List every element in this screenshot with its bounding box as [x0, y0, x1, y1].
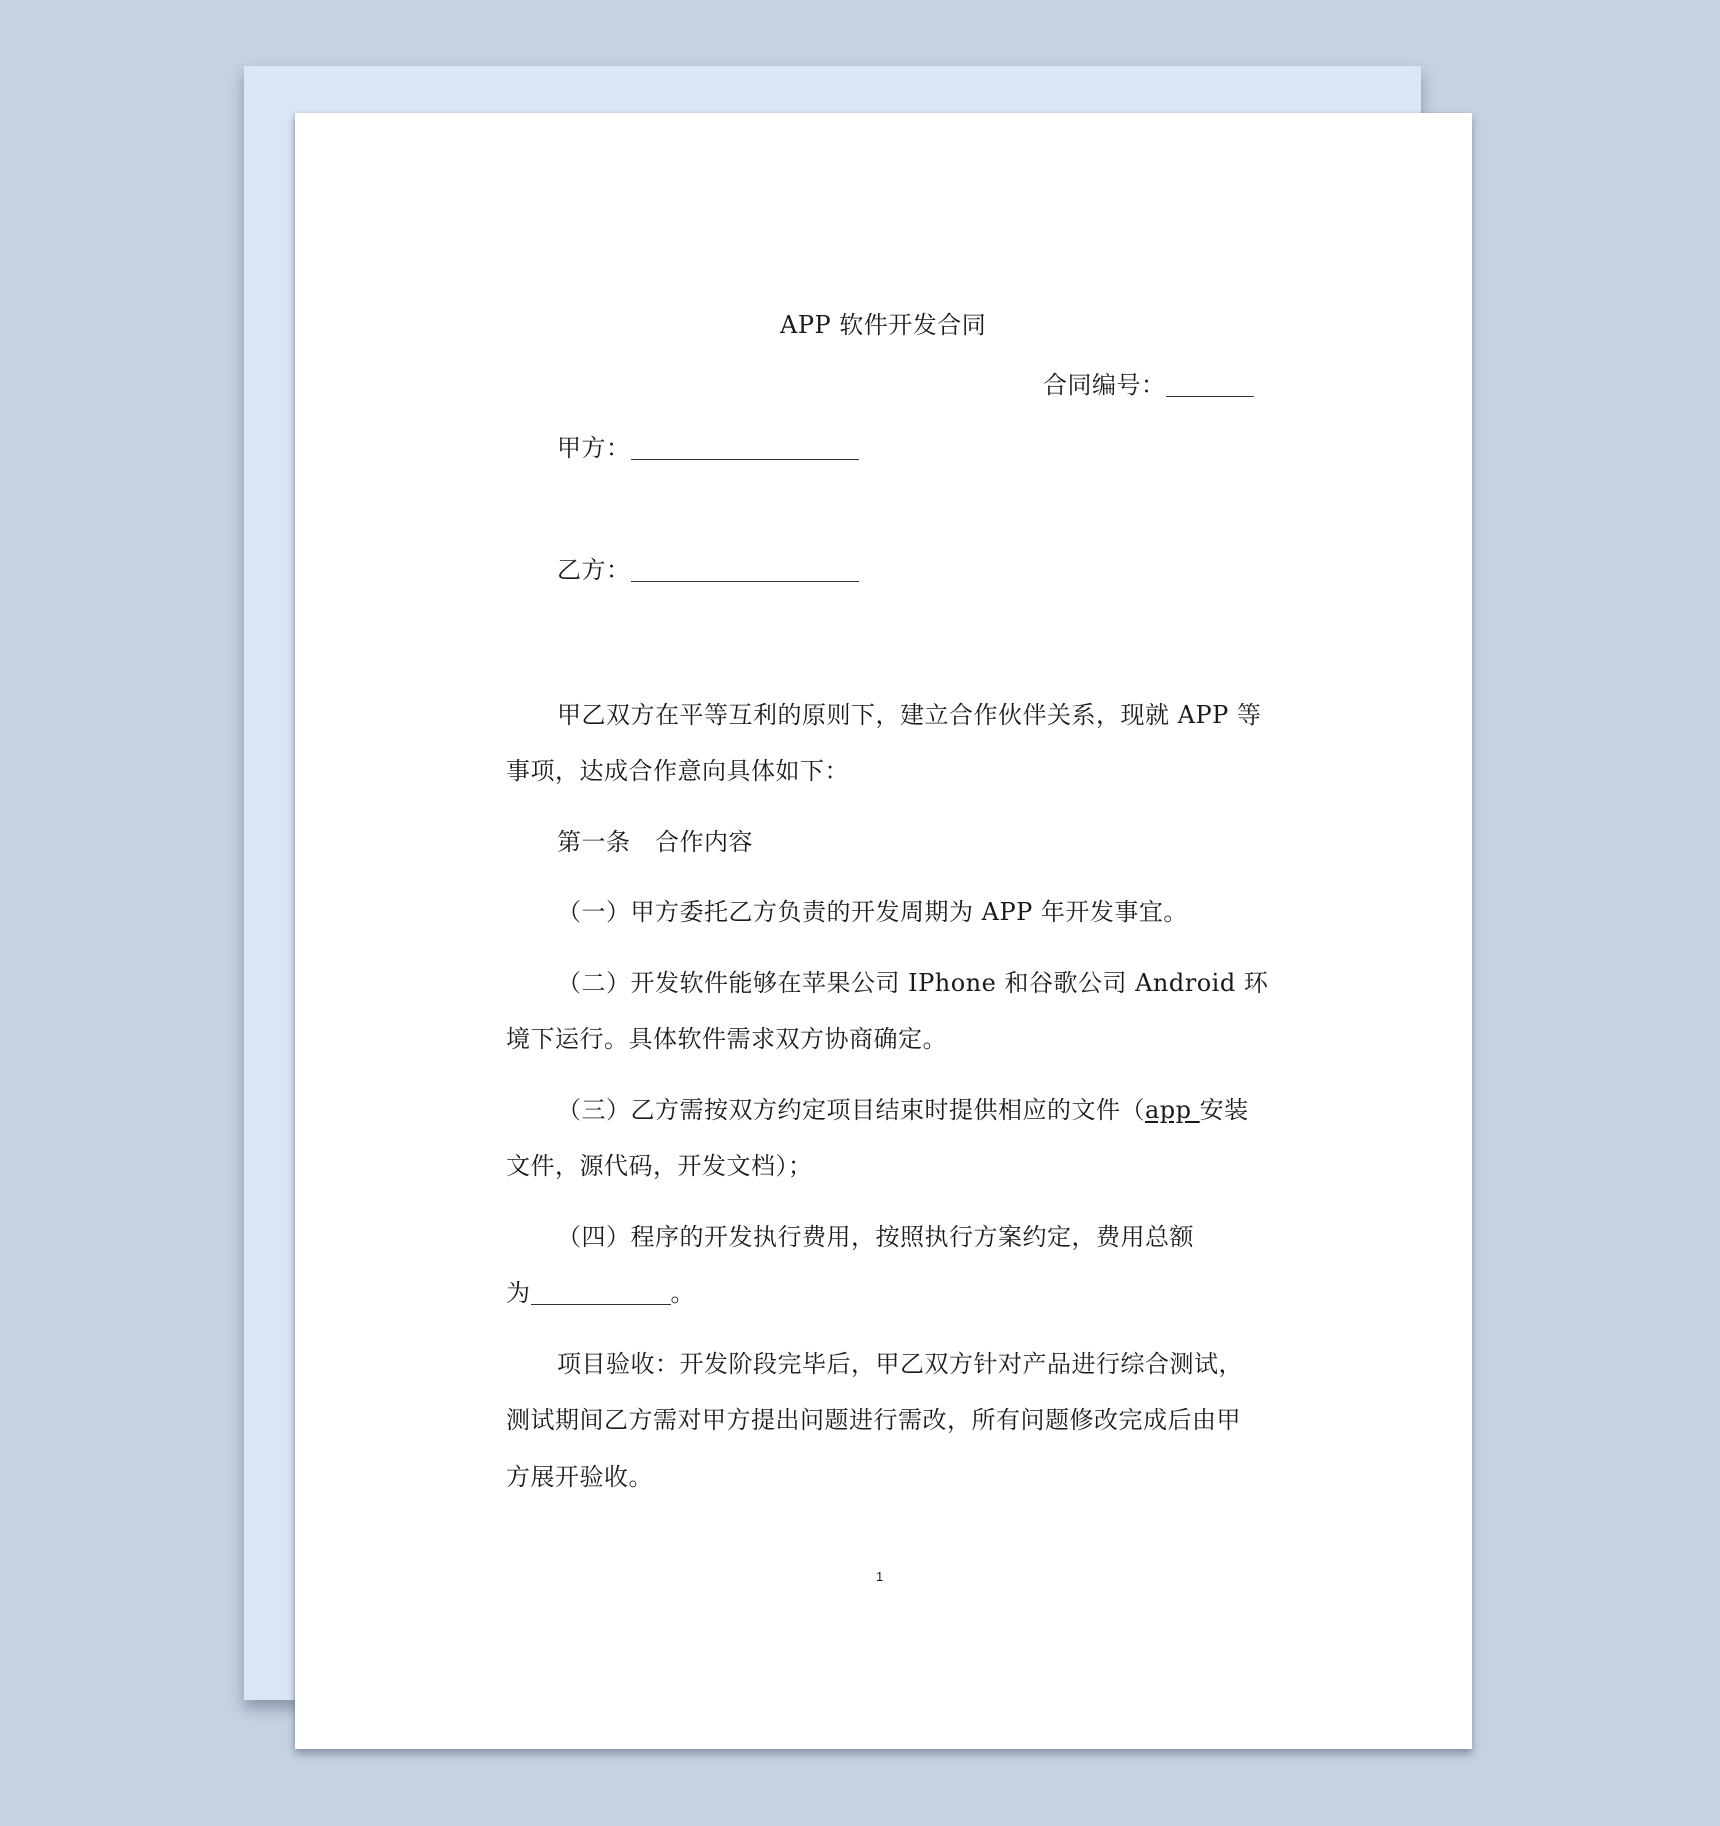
item-3-text-end: 安装: [1200, 1096, 1249, 1124]
acceptance-line-1: 项目验收：开发阶段完毕后，甲乙双方针对产品进行综合测试，: [557, 1349, 1243, 1379]
item-3-text: （三）乙方需按双方约定项目结束时提供相应的文件（: [557, 1096, 1145, 1124]
item-3-line-1: （三）乙方需按双方约定项目结束时提供相应的文件（app 安装: [557, 1095, 1249, 1125]
intro-line-1: 甲乙双方在平等互利的原则下，建立合作伙伴关系，现就 APP 等: [557, 700, 1261, 730]
item-3-line-2: 文件，源代码，开发文档）；: [506, 1151, 813, 1181]
intro-line-2: 事项，达成合作意向具体如下：: [506, 756, 849, 786]
item-4-line-2: 为。: [506, 1278, 695, 1308]
item-4-suffix: 。: [671, 1279, 696, 1307]
item-2-line-1: （二）开发软件能够在苹果公司 IPhone 和谷歌公司 Android 环: [557, 968, 1268, 998]
party-a-blank[interactable]: [631, 435, 859, 460]
contract-number-field: 合同编号：: [1043, 370, 1254, 400]
document-page: APP 软件开发合同 合同编号： 甲方： 乙方： 甲乙双方在平等互利的原则下，建…: [295, 113, 1472, 1749]
party-b-blank[interactable]: [631, 557, 859, 582]
acceptance-line-2: 测试期间乙方需对甲方提出问题进行需改，所有问题修改完成后由甲: [506, 1405, 1241, 1435]
page-number: 1: [876, 1569, 883, 1585]
document-title: APP 软件开发合同: [780, 310, 986, 340]
contract-number-blank[interactable]: [1166, 372, 1254, 397]
party-b-label: 乙方：: [557, 556, 631, 584]
item-4-prefix: 为: [506, 1279, 531, 1307]
item-4-line-1: （四）程序的开发执行费用，按照执行方案约定，费用总额: [557, 1222, 1194, 1252]
article-1-heading: 第一条 合作内容: [557, 827, 753, 857]
total-fee-blank[interactable]: [531, 1280, 671, 1305]
party-a-label: 甲方：: [557, 434, 631, 462]
app-link[interactable]: app: [1145, 1096, 1200, 1124]
acceptance-line-3: 方展开验收。: [506, 1462, 653, 1492]
item-2-line-2: 境下运行。具体软件需求双方协商确定。: [506, 1024, 947, 1054]
item-1: （一）甲方委托乙方负责的开发周期为 APP 年开发事宜。: [557, 897, 1188, 927]
party-b-field: 乙方：: [557, 555, 859, 585]
contract-number-label: 合同编号：: [1043, 371, 1166, 399]
party-a-field: 甲方：: [557, 433, 859, 463]
